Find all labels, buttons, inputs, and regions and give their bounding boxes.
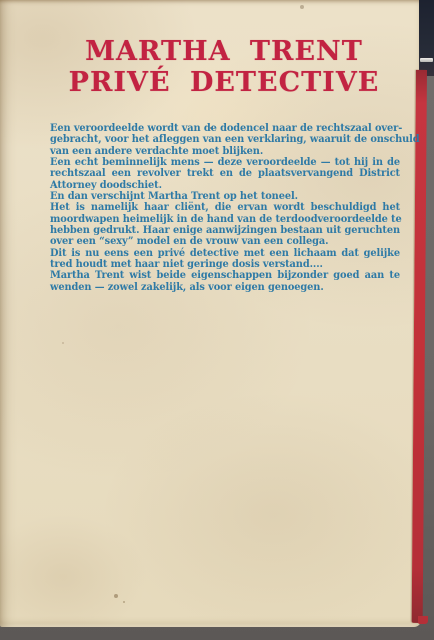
red-fore-edge-bottom xyxy=(418,616,428,624)
blurb-line: moordwapen heimelijk in de hand van de t… xyxy=(50,214,400,225)
blurb-line: van een andere verdachte moet blijken. xyxy=(50,146,400,157)
paper-specks xyxy=(0,0,2,2)
blurb-line: gebracht, voor het afleggen van een verk… xyxy=(50,134,400,145)
blurb-line: over een “sexy” model en de vrouw van ee… xyxy=(50,236,400,247)
blurb-line: Dit is nu eens een privé detective met e… xyxy=(50,248,400,259)
book-title-line-2: PRIVÉ DETECTIVE xyxy=(50,67,398,98)
blurb-line: Attorney doodschiet. xyxy=(50,180,400,191)
blurb-line: wenden — zowel zakelijk, als voor eigen … xyxy=(50,282,400,293)
blurb-line: Het is namelijk haar cliënt, die ervan w… xyxy=(50,202,400,213)
book-back-cover-photo: MARTHA TRENT PRIVÉ DETECTIVE Een veroord… xyxy=(0,0,434,640)
book-title-line-1: MARTHA TRENT xyxy=(50,36,398,67)
back-cover-blurb: Een veroordeelde wordt van de dodencel n… xyxy=(50,123,400,293)
spine-edge-top-right xyxy=(419,0,434,76)
blurb-line: Een echt beminnelijk mens — deze veroord… xyxy=(50,157,400,168)
blurb-line: rechtszaal een revolver trekt en de plaa… xyxy=(50,168,400,179)
blurb-line: En dan verschijnt Martha Trent op het to… xyxy=(50,191,400,202)
book-title: MARTHA TRENT PRIVÉ DETECTIVE xyxy=(50,36,398,98)
spine-edge-highlight xyxy=(420,58,433,62)
blurb-line: Martha Trent wist beide eigenschappen bi… xyxy=(50,270,400,281)
blurb-line: tred houdt met haar niet geringe dosis v… xyxy=(50,259,400,270)
blurb-line: Een veroordeelde wordt van de dodencel n… xyxy=(50,123,400,134)
blurb-line: hebben gedrukt. Haar enige aanwijzingen … xyxy=(50,225,400,236)
